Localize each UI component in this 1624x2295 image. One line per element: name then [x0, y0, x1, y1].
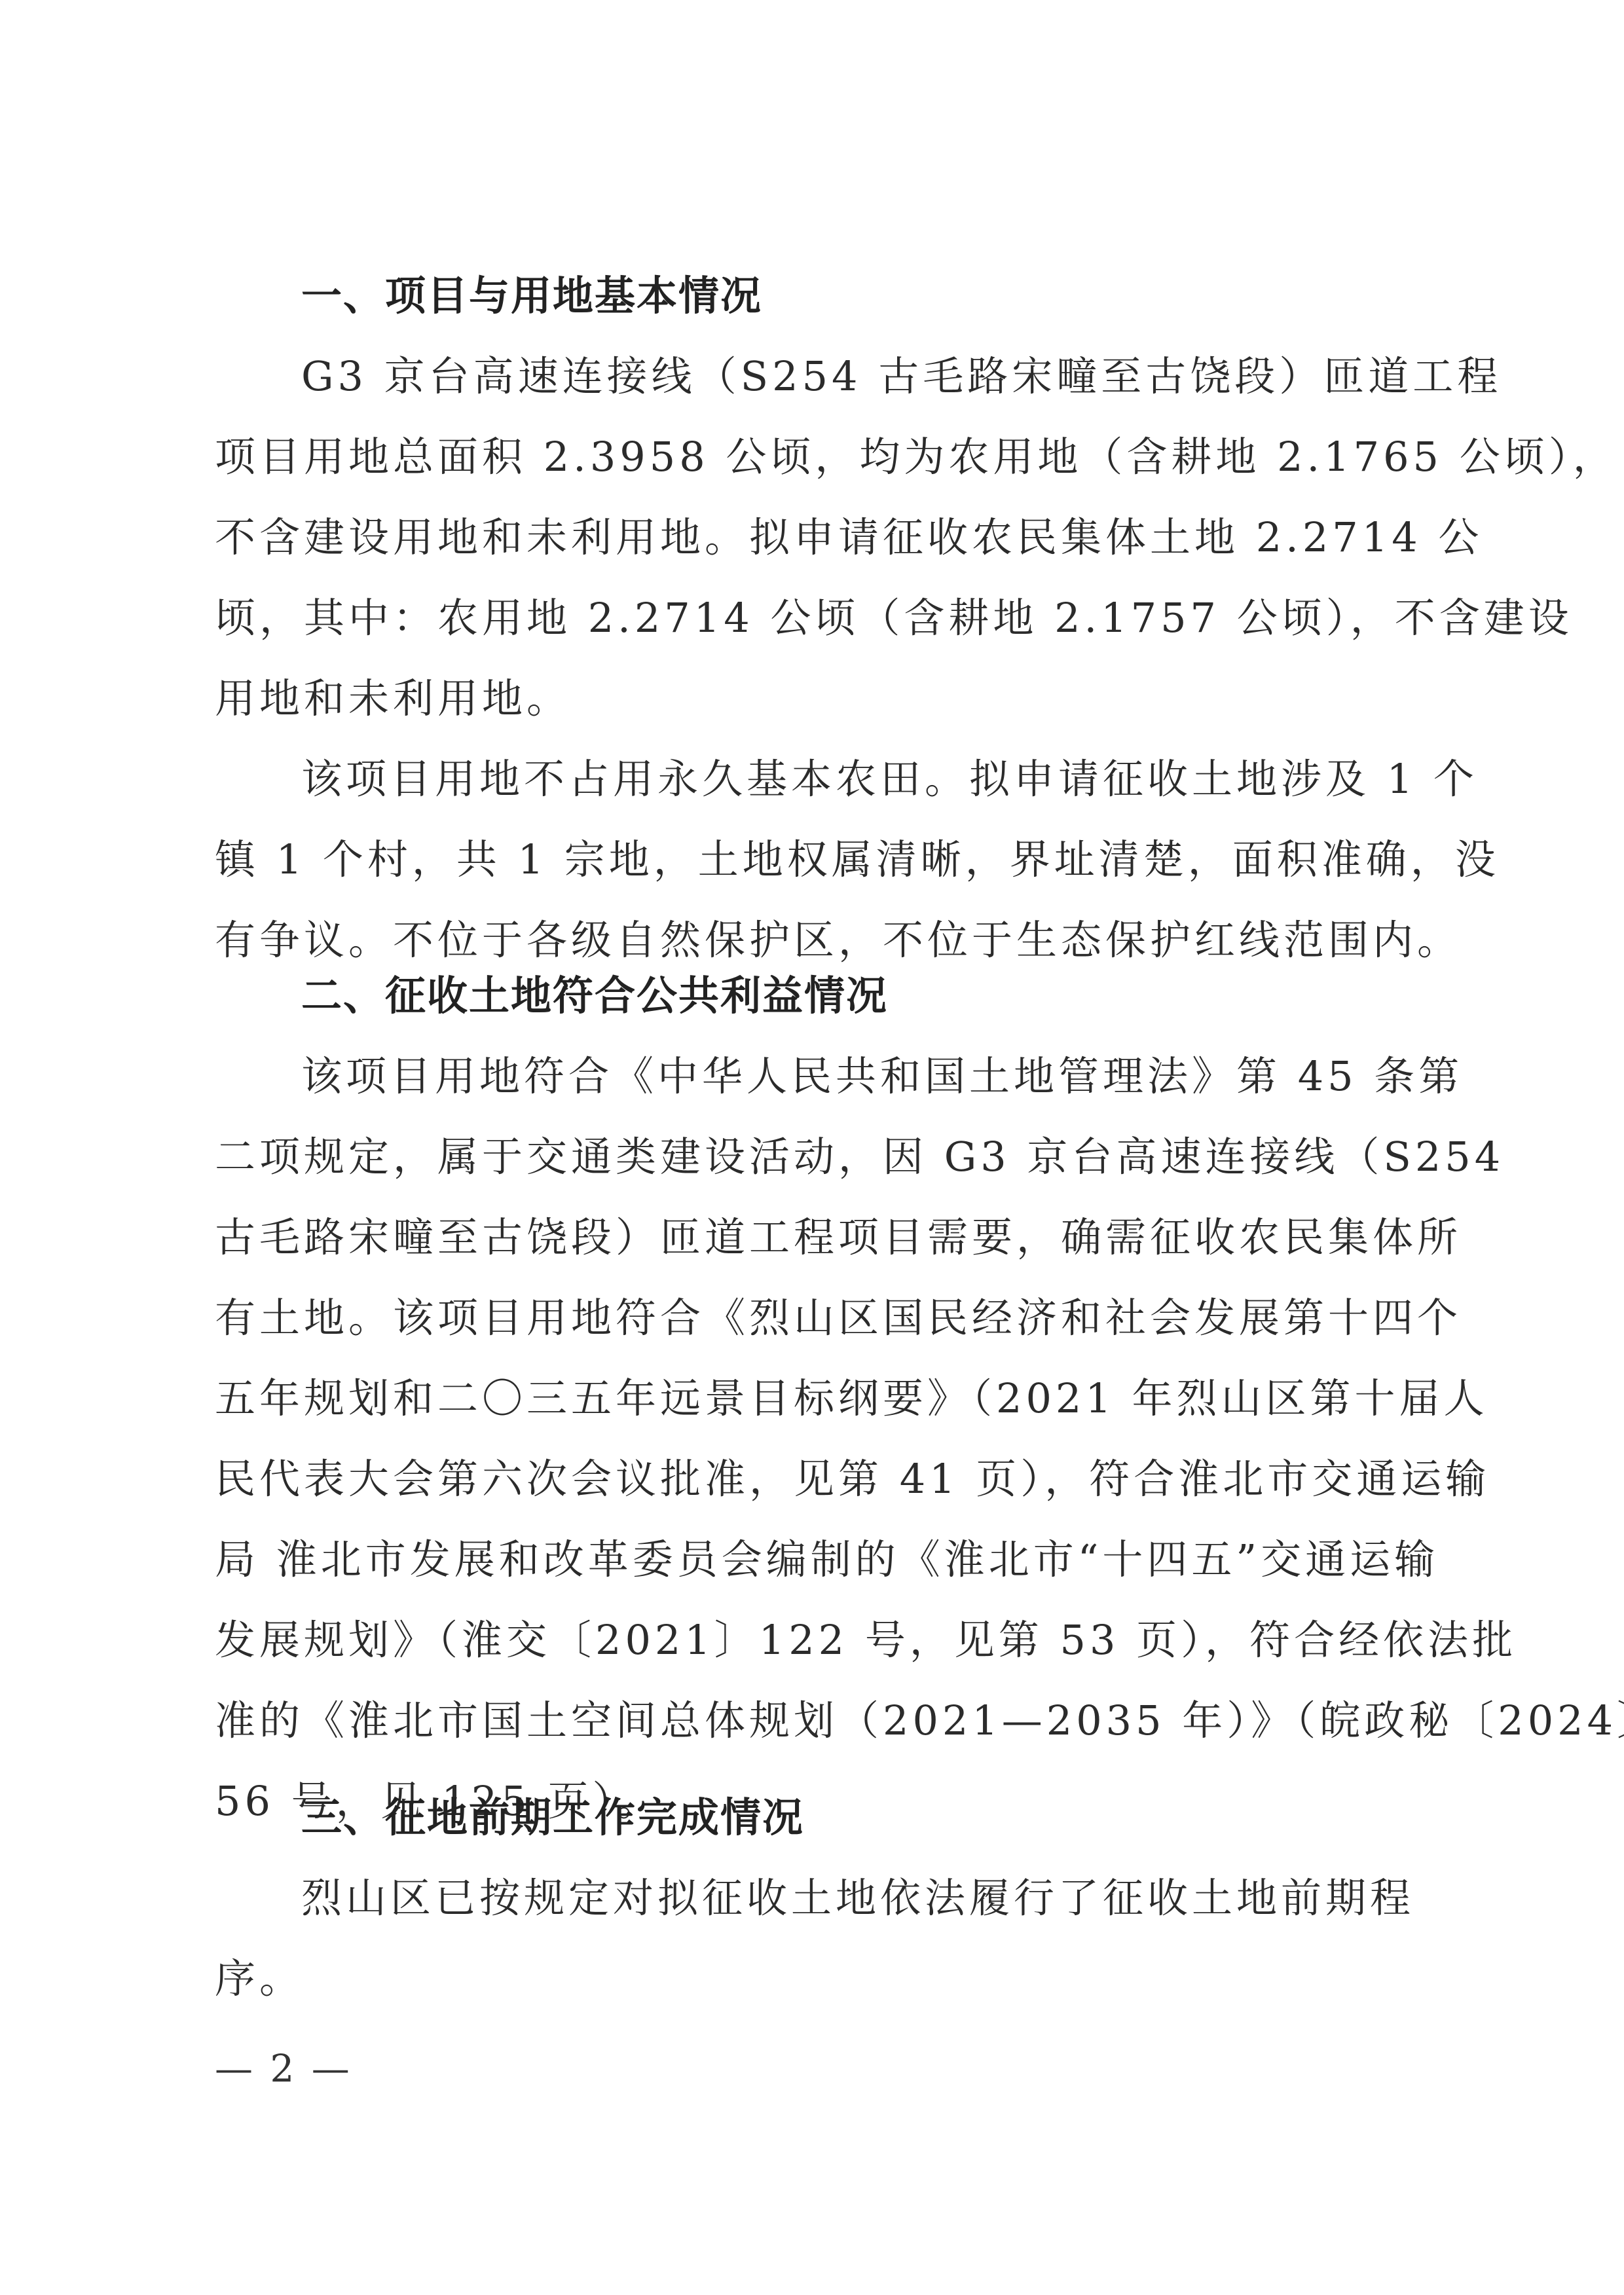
paragraph-line: 顷，其中：农用地 2.2714 公顷（含耕地 2.1757 公顷），不含建设 [215, 592, 1414, 644]
paragraph-line: 该项目用地符合《中华人民共和国土地管理法》第 45 条第 [301, 1050, 1414, 1103]
paragraph-line: 项目用地总面积 2.3958 公顷，均为农用地（含耕地 2.1765 公顷）， [215, 431, 1414, 483]
section-heading-2: 二、征收土地符合公共利益情况 [301, 970, 1414, 1022]
paragraph-line: 发展规划》（淮交〔2021〕122 号，见第 53 页），符合经依法批 [215, 1614, 1414, 1666]
document-page: 一、项目与用地基本情况 G3 京台高速连接线（S254 古毛路宋疃至古饶段）匝道… [0, 0, 1624, 2295]
paragraph-line: 民代表大会第六次会议批准，见第 41 页），符合淮北市交通运输 [215, 1453, 1414, 1505]
paragraph-line: 二项规定，属于交通类建设活动，因 G3 京台高速连接线（S254 [215, 1131, 1414, 1183]
paragraph-line: 古毛路宋疃至古饶段）匝道工程项目需要，确需征收农民集体所 [215, 1211, 1414, 1264]
paragraph-line: 有争议。不位于各级自然保护区，不位于生态保护红线范围内。 [215, 914, 1414, 966]
section-heading-3: 三、征地前期工作完成情况 [301, 1791, 1414, 1844]
page-number: — 2 — [215, 2046, 352, 2091]
paragraph-line: 准的《淮北市国土空间总体规划（2021—2035 年）》（皖政秘〔2024〕 [215, 1695, 1414, 1747]
paragraph-line: 局 淮北市发展和改革委员会编制的《淮北市“十四五”交通运输 [215, 1533, 1414, 1586]
paragraph-line: 该项目用地不占用永久基本农田。拟申请征收土地涉及 1 个 [301, 753, 1414, 805]
paragraph-line: 五年规划和二〇三五年远景目标纲要》（2021 年烈山区第十届人 [215, 1372, 1414, 1425]
section-heading-1: 一、项目与用地基本情况 [301, 270, 1414, 322]
paragraph-line: 序。 [215, 1953, 1414, 2005]
paragraph-line: 烈山区已按规定对拟征收土地依法履行了征收土地前期程 [301, 1872, 1414, 1924]
paragraph-line: G3 京台高速连接线（S254 古毛路宋疃至古饶段）匝道工程 [301, 350, 1414, 403]
paragraph-line: 有土地。该项目用地符合《烈山区国民经济和社会发展第十四个 [215, 1292, 1414, 1344]
paragraph-line: 镇 1 个村，共 1 宗地，土地权属清晰，界址清楚，面积准确，没 [215, 834, 1414, 886]
paragraph-line: 不含建设用地和未利用地。拟申请征收农民集体土地 2.2714 公 [215, 511, 1414, 564]
paragraph-line: 用地和未利用地。 [215, 672, 1414, 725]
